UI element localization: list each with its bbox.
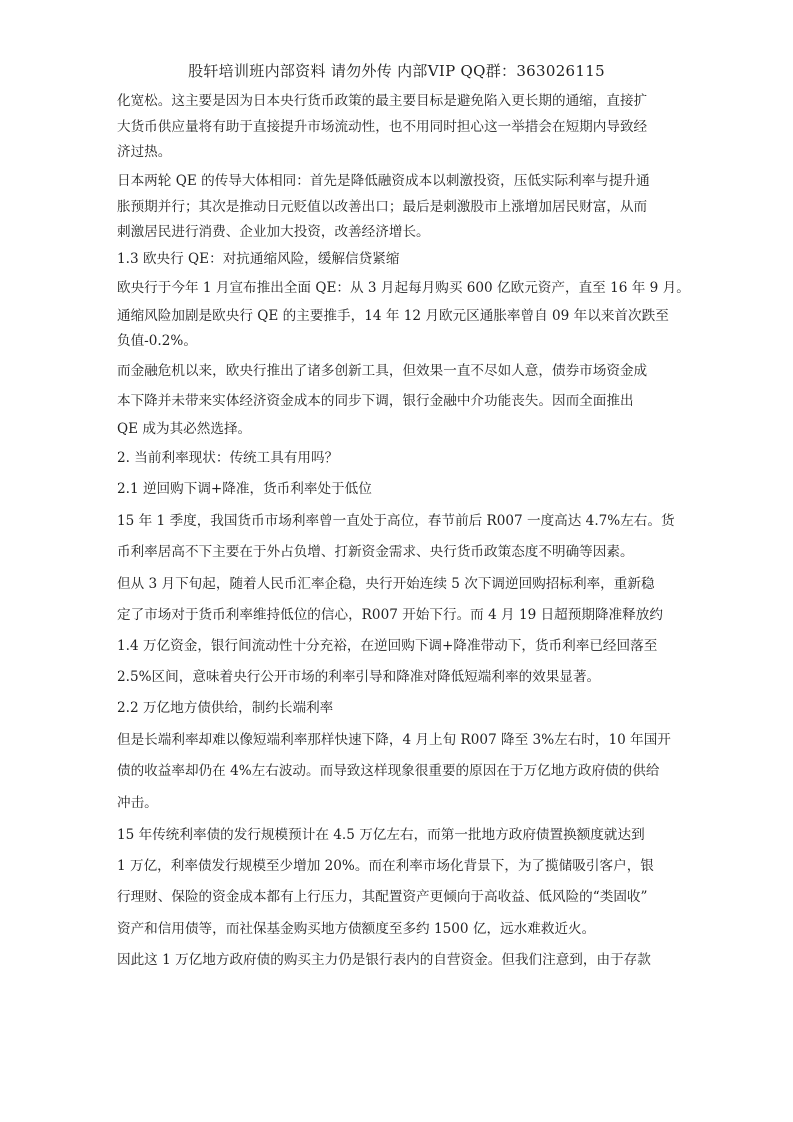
paragraph-line: 1.4 万亿资金，银行间流动性十分充裕，在逆回购下调+降准带动下，货币利率已经回… <box>117 637 657 655</box>
paragraph-line: 因此这 1 万亿地方政府债的购买主力仍是银行表内的自营资金。但我们注意到，由于存… <box>117 951 651 969</box>
paragraph-line: 化宽松。这主要是因为日本央行货币政策的最主要目标是避免陷入更长期的通缩，直接扩 <box>117 92 647 110</box>
paragraph-line: 而金融危机以来，欧央行推出了诸多创新工具，但效果一直不尽如人意，债券市场资金成 <box>117 362 647 380</box>
paragraph-line: 资产和信用债等，而社保基金购买地方债额度至多约 1500 亿，远水难救近火。 <box>117 920 595 938</box>
paragraph-line: 日本两轮 QE 的传导大体相同：首先是降低融资成本以刺激投资，压低实际利率与提升… <box>117 172 650 190</box>
paragraph-line: 济过热。 <box>117 143 171 161</box>
paragraph-line: 行理财、保险的资金成本都有上行压力，其配置资产更倾向于高收益、低风险的“类固收” <box>117 888 647 906</box>
paragraph-line: 1 万亿，利率债发行规模至少增加 20%。而在利率市场化背景下，为了揽储吸引客户… <box>117 857 654 875</box>
paragraph-line: 15 年 1 季度，我国货币市场利率曾一直处于高位，春节前后 R007 一度高达… <box>117 512 675 530</box>
paragraph-line: 通缩风险加剧是欧央行 QE 的主要推手，14 年 12 月欧元区通胀率曾自 09… <box>117 307 669 325</box>
document-page: 股轩培训班内部资料 请勿外传 内部VIP QQ群：363026115 化宽松。这… <box>0 0 793 1122</box>
paragraph-line: 2. 当前利率现状：传统工具有用吗？ <box>117 449 338 467</box>
page-header-watermark: 股轩培训班内部资料 请勿外传 内部VIP QQ群：363026115 <box>0 60 793 81</box>
paragraph-line: 2.1 逆回购下调+降准，货币利率处于低位 <box>117 480 372 498</box>
paragraph-line: 冲击。 <box>117 794 158 812</box>
paragraph-line: 刺激居民进行消费、企业加大投资，改善经济增长。 <box>117 223 430 241</box>
paragraph-line: 本下降并未带来实体经济资金成本的同步下调，银行金融中介功能丧失。因而全面推出 <box>117 392 634 410</box>
paragraph-line: 15 年传统利率债的发行规模预计在 4.5 万亿左右，而第一批地方政府债置换额度… <box>117 826 645 844</box>
paragraph-line: 债的收益率却仍在 4%左右波动。而导致这样现象很重要的原因在于万亿地方政府债的供… <box>117 762 659 780</box>
paragraph-line: 2.5%区间，意味着央行公开市场的利率引导和降准对降低短端利率的效果显著。 <box>117 668 600 686</box>
paragraph-line: 2.2 万亿地方债供给，制约长端利率 <box>117 699 333 717</box>
paragraph-line: 欧央行于今年 1 月宣布推出全面 QE：从 3 月起每月购买 600 亿欧元资产… <box>117 279 690 297</box>
paragraph-line: 定了市场对于货币利率维持低位的信心，R007 开始下行。而 4 月 19 日超预… <box>117 606 663 624</box>
paragraph-line: 1.3 欧央行 QE：对抗通缩风险，缓解信贷紧缩 <box>117 250 399 268</box>
paragraph-line: 币利率居高不下主要在于外占负增、打新资金需求、央行货币政策态度不明确等因素。 <box>117 543 634 561</box>
paragraph-line: QE 成为其必然选择。 <box>117 420 251 438</box>
paragraph-line: 胀预期并行；其次是推动日元贬值以改善出口；最后是刺激股市上涨增加居民财富，从而 <box>117 198 647 216</box>
paragraph-line: 但是长端利率却难以像短端利率那样快速下降，4 月上旬 R007 降至 3%左右时… <box>117 731 671 749</box>
paragraph-line: 大货币供应量将有助于直接提升市场流动性，也不用同时担心这一举措会在短期内导致经 <box>117 118 647 136</box>
paragraph-line: 但从 3 月下旬起，随着人民币汇率企稳，央行开始连续 5 次下调逆回购招标利率，… <box>117 575 655 593</box>
paragraph-line: 负值-0.2%。 <box>117 332 197 350</box>
